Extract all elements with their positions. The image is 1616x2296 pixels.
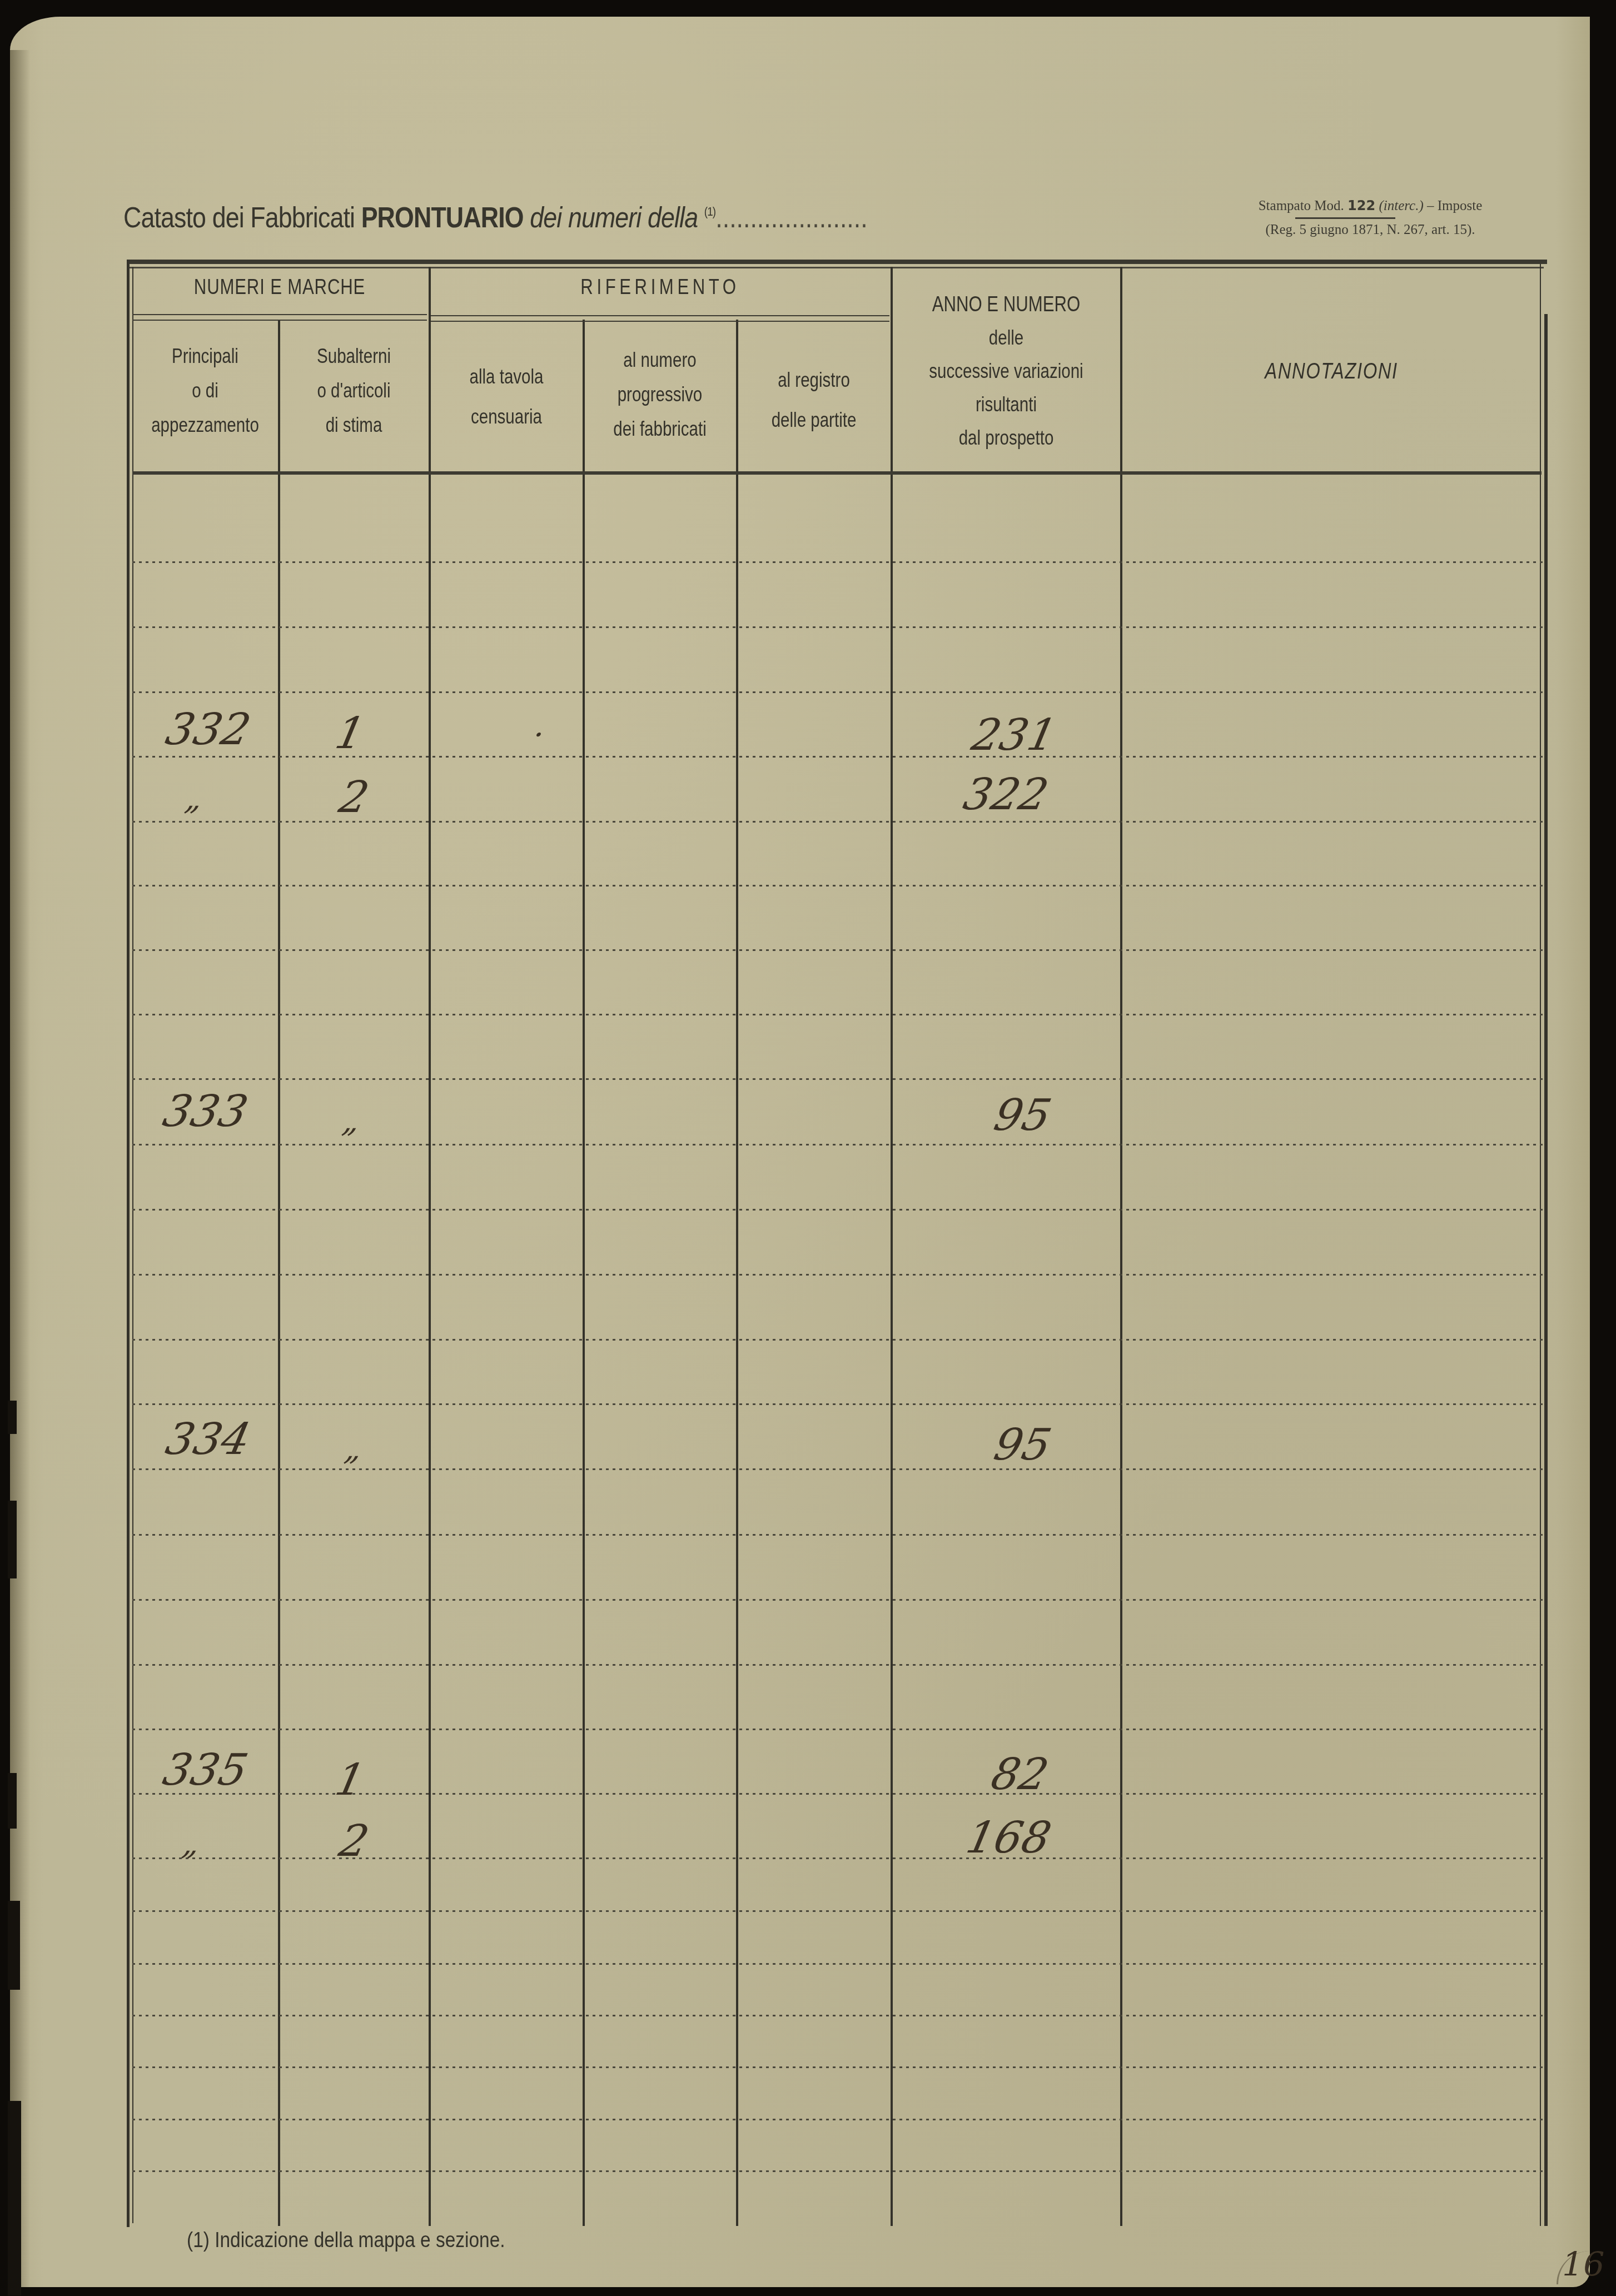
stamp-regulation: (Reg. 5 giugno 1871, N. 267, art. 15). [1215, 219, 1526, 241]
row-line [132, 1078, 1544, 1080]
row-line [132, 2119, 1544, 2120]
column-header-tavola: alla tavola censuaria [444, 357, 568, 437]
group-underline [132, 320, 427, 321]
column-divider [278, 320, 280, 2226]
stamp-model-number: 122 [1348, 198, 1375, 213]
column-header-numero-progressivo: al numero progressivo dei fabbricati [598, 343, 721, 446]
group-underline [431, 315, 889, 316]
row-line [132, 626, 1544, 628]
stamp-suffix: – Imposte [1424, 198, 1483, 213]
entry-anno-numero: 82 [987, 1750, 1052, 1800]
table-left-border-inner [132, 267, 133, 2223]
torn-edge [8, 1773, 17, 1829]
column-divider [891, 267, 893, 2226]
stamp-italic: (interc.) [1375, 198, 1424, 213]
row-line [132, 561, 1544, 563]
table-right-border-inner [1540, 264, 1541, 2226]
column-divider [736, 320, 738, 2226]
table-right-border [1544, 314, 1548, 2226]
row-line [132, 1910, 1544, 1912]
footnote-ref: (1) [704, 205, 716, 218]
entry-anno-numero: 322 [959, 770, 1052, 820]
row-line [132, 2015, 1544, 2016]
torn-edge [8, 1901, 20, 1990]
row-line [132, 2170, 1544, 2172]
column-header-anno-numero: ANNO E NUMERO delle successive variazion… [913, 288, 1100, 455]
header-bottom-rule [132, 471, 1542, 475]
row-line [132, 1664, 1544, 1666]
stamp-prefix: Stampato Mod. [1259, 198, 1348, 213]
title-blank-field: ...................... [715, 202, 867, 234]
row-line [132, 1468, 1544, 1470]
column-header-annotazioni: ANNOTAZIONI [1161, 360, 1503, 382]
entry-anno-numero: 95 [990, 1420, 1055, 1470]
column-divider [429, 267, 431, 2226]
title-bold: PRONTUARIO [361, 202, 524, 234]
title-italic: dei numeri della [524, 202, 704, 234]
footnote: (1) Indicazione della mappa e sezione. [187, 2229, 505, 2253]
table-top-border-inner [129, 267, 1544, 268]
entry-principali: 332 [161, 705, 255, 755]
header-group-numeri-marche: NUMERI E MARCHE [159, 277, 401, 298]
row-line [132, 1144, 1544, 1145]
entry-anno-numero: 168 [962, 1813, 1055, 1863]
column-divider [1120, 267, 1122, 2226]
entry-anno-numero: 231 [967, 710, 1061, 760]
entry-anno-numero: 95 [990, 1090, 1055, 1140]
print-stamp: Stampato Mod. 122 (interc.) – Imposte (R… [1215, 195, 1526, 241]
column-header-principali: Principali o di appezzamento [146, 339, 264, 442]
row-line [132, 885, 1544, 886]
torn-edge [8, 2101, 21, 2295]
stamp-rule [1295, 217, 1395, 219]
row-line [132, 1403, 1544, 1405]
row-line [132, 1014, 1544, 1015]
table-left-border [127, 260, 130, 2227]
row-line [132, 691, 1544, 693]
column-divider [583, 320, 585, 2226]
title-prefix: Catasto dei Fabbricati [123, 202, 361, 234]
row-line [132, 1963, 1544, 1965]
row-line [132, 1339, 1544, 1341]
column-header-registro: al registro delle partite [752, 360, 876, 440]
torn-edge [8, 1501, 17, 1578]
row-line [132, 1209, 1544, 1211]
header-group-riferimento: RIFERIMENTO [472, 277, 848, 298]
form-title: Catasto dei Fabbricati PRONTUARIO dei nu… [123, 201, 868, 235]
table-top-border [127, 260, 1547, 264]
row-line [132, 1534, 1544, 1536]
entry-principali: 333 [158, 1087, 252, 1137]
row-line [132, 1274, 1544, 1276]
group-underline [431, 321, 889, 322]
row-line [132, 1599, 1544, 1601]
row-line [132, 2066, 1544, 2068]
torn-edge [8, 1401, 17, 1434]
column-header-subalterni: Subalterni o d'articoli di stima [294, 339, 414, 442]
row-line [132, 1729, 1544, 1730]
row-line [132, 949, 1544, 951]
entry-principali: 335 [158, 1745, 252, 1795]
group-underline [132, 314, 427, 315]
entry-principali: 334 [161, 1415, 255, 1465]
